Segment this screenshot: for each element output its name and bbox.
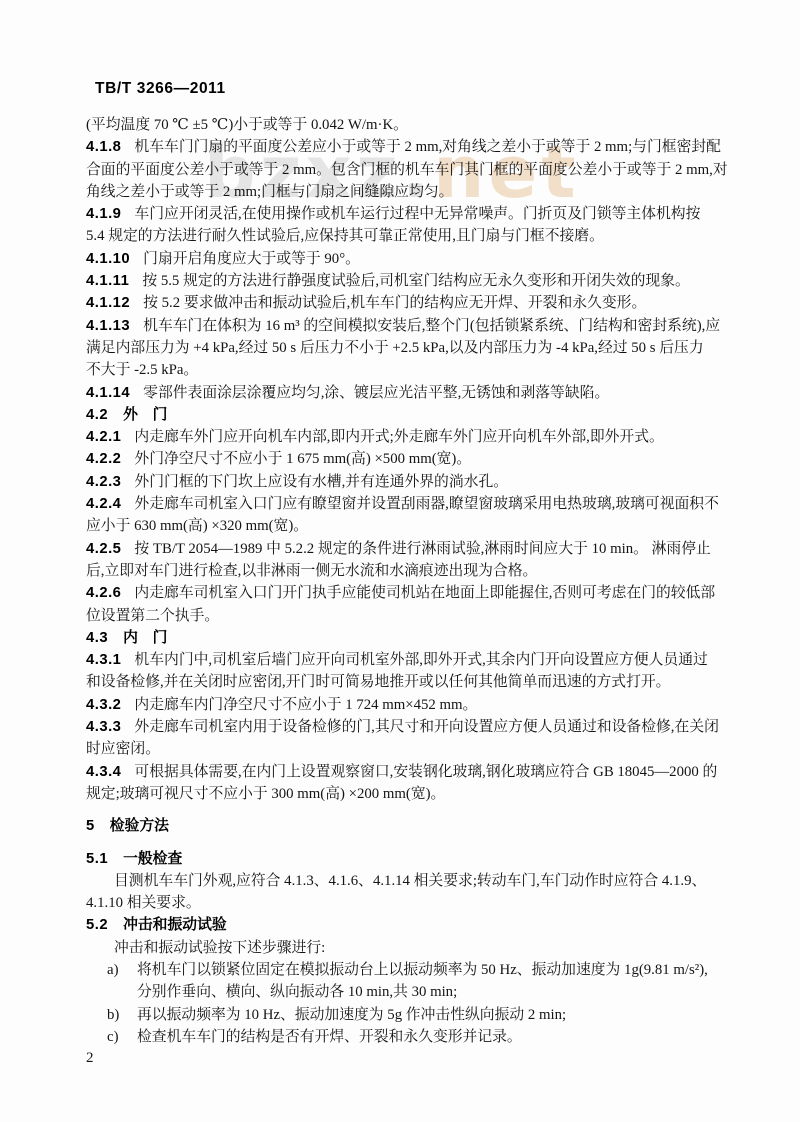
list-item: a)将机车门以锁紧位固定在模拟振动台上以振动频率为 50 Hz、振动加速度为 1… <box>86 959 748 981</box>
clause-number: 5.2 <box>86 917 108 933</box>
clause-line: 4.2.6内走廊车司机室入口门开门执手应能使司机站在地面上即能握住,否则可考虑在… <box>86 582 748 604</box>
line-text: 应小于 630 mm(高) ×320 mm(宽)。 <box>86 518 308 534</box>
list-marker: c) <box>107 1026 137 1048</box>
line-text: 按 5.2 要求做冲击和振动试验后,机车车门的结构应无开焊、开裂和永久变形。 <box>143 295 646 311</box>
line-text: 4.1.10 相关要求。 <box>86 895 201 911</box>
line-text: 冲击和振动试验按下述步骤进行: <box>114 940 325 956</box>
text-line: 满足内部压力为 +4 kPa,经过 50 s 后压力不小于 +2.5 kPa,以… <box>86 337 748 359</box>
line-text: 外 门 <box>123 407 167 423</box>
clause-number: 4.2.5 <box>86 541 121 557</box>
line-text: 角线之差小于或等于 2 mm;门框与门扇之间缝隙应均匀。 <box>86 184 453 200</box>
line-text: 规定;玻璃可视尺寸不应小于 300 mm(高) ×200 mm(宽)。 <box>86 786 445 802</box>
clause-line: 4.1.14零部件表面涂层涂覆应均匀,涂、镀层应光洁平整,无锈蚀和剥落等缺陷。 <box>86 382 748 404</box>
line-text: 门扇开启角度应大于或等于 90°。 <box>143 251 360 267</box>
clause-line: 4.1.9车门应开闭灵活,在使用操作或机车运行过程中无异常噪声。门折页及门锁等主… <box>86 203 748 225</box>
page-number: 2 <box>86 1047 94 1069</box>
line-text: 外门净空尺寸不应小于 1 675 mm(高) ×500 mm(宽)。 <box>134 451 471 467</box>
line-text: 再以振动频率为 10 Hz、振动加速度为 5g 作冲击性纵向振动 2 min; <box>137 1007 566 1023</box>
paragraph-line: 目测机车车门外观,应符合 4.1.3、4.1.6、4.1.14 相关要求;转动车… <box>86 870 748 892</box>
list-item-continuation: 分别作垂向、横向、纵向振动各 10 min,共 30 min; <box>86 981 748 1003</box>
clause-line: 4.3.3外走廊车司机室内用于设备检修的门,其尺寸和开向设置应方便人员通过和设备… <box>86 716 748 738</box>
line-text: 满足内部压力为 +4 kPa,经过 50 s 后压力不小于 +2.5 kPa,以… <box>86 340 704 356</box>
line-text: 不大于 -2.5 kPa。 <box>86 362 198 378</box>
clause-line: 4.3.1机车内门中,司机室后墙门应开向司机室外部,即外开式,其余内门开向设置应… <box>86 649 748 671</box>
line-text: 将机车门以锁紧位固定在模拟振动台上以振动频率为 50 Hz、振动加速度为 1g(… <box>137 962 708 978</box>
text-line: (平均温度 70 ℃ ±5 ℃)小于或等于 0.042 W/m·K。 <box>86 114 748 136</box>
clause-line: 4.1.12按 5.2 要求做冲击和振动试验后,机车车门的结构应无开焊、开裂和永… <box>86 292 748 314</box>
line-text: 按 TB/T 2054—1989 中 5.2.2 规定的条件进行淋雨试验,淋雨时… <box>134 541 710 557</box>
line-text: 内 门 <box>123 630 167 646</box>
clause-number: 4.3.1 <box>86 652 121 668</box>
text-line: 不大于 -2.5 kPa。 <box>86 359 748 381</box>
clause-number: 4.2.3 <box>86 474 121 490</box>
text-line: 4.1.10 相关要求。 <box>86 892 748 914</box>
line-text: (平均温度 70 ℃ ±5 ℃)小于或等于 0.042 W/m·K。 <box>86 117 408 133</box>
text-line: 时应密闭。 <box>86 738 748 760</box>
clause-number: 4.1.9 <box>86 206 121 222</box>
clause-number: 4.2 <box>86 407 108 423</box>
clause-line: 4.2.1内走廊车外门应开向机车内部,即内开式;外走廊车外门应开向机车外部,即外… <box>86 426 748 448</box>
clause-number: 4.1.11 <box>86 273 129 289</box>
line-text: 机车内门中,司机室后墙门应开向司机室外部,即外开式,其余内门开向设置应方便人员通… <box>134 652 707 668</box>
line-text: 外走廊车司机室内用于设备检修的门,其尺寸和开向设置应方便人员通过和设备检修,在关… <box>134 719 718 735</box>
clause-line: 4.1.8机车车门门扇的平面度公差应小于或等于 2 mm,对角线之差小于或等于 … <box>86 136 748 158</box>
clause-number: 4.2.4 <box>86 496 121 512</box>
clause-number: 4.3.4 <box>86 764 121 780</box>
clause-number: 4.3.3 <box>86 719 121 735</box>
clause-number: 4.2.1 <box>86 429 121 445</box>
clause-line: 4.3.4可根据具体需要,在内门上设置观察窗口,安装钢化玻璃,钢化玻璃应符合 G… <box>86 761 748 783</box>
clause-number: 5.1 <box>86 851 108 867</box>
clause-number: 4.1.8 <box>86 139 121 155</box>
clause-number: 4.1.13 <box>86 318 130 334</box>
line-text: 检查机车车门的结构是否有开焊、开裂和永久变形并记录。 <box>137 1029 522 1045</box>
line-text: 机车车门在体积为 16 m³ 的空间模拟安装后,整个门(包括锁紧系统、门结构和密… <box>143 318 720 334</box>
section-heading: 4.2外 门 <box>86 404 748 426</box>
clause-number: 4.2.2 <box>86 451 121 467</box>
list-item: c)检查机车车门的结构是否有开焊、开裂和永久变形并记录。 <box>86 1026 748 1048</box>
text-line: 合面的平面度公差小于或等于 2 mm。包含门框的机车车门其门框的平面度公差小于或… <box>86 159 748 181</box>
list-marker: a) <box>107 959 137 981</box>
clause-number: 4.1.14 <box>86 385 130 401</box>
clause-number: 4.1.12 <box>86 295 130 311</box>
document-body: (平均温度 70 ℃ ±5 ℃)小于或等于 0.042 W/m·K。4.1.8机… <box>86 114 748 1048</box>
line-text: 一般检查 <box>123 851 182 867</box>
clause-line: 4.3.2内走廊车内门净空尺寸不应小于 1 724 mm×452 mm。 <box>86 694 748 716</box>
line-text: 5.4 规定的方法进行耐久性试验后,应保持其可靠正常使用,且门扇与门框不接磨。 <box>86 228 604 244</box>
line-text: 位设置第二个执手。 <box>86 608 219 624</box>
line-text: 和设备检修,并在关闭时应密闭,开门时可简易地推开或以任何其他简单而迅速的方式打开… <box>86 674 670 690</box>
section-heading: 4.3内 门 <box>86 627 748 649</box>
line-text: 内走廊车司机室入口门开门执手应能使司机站在地面上即能握住,否则可考虑在门的较低部 <box>134 585 715 601</box>
clause-line: 4.1.11按 5.5 规定的方法进行静强度试验后,司机室门结构应无永久变形和开… <box>86 270 748 292</box>
clause-line: 4.1.13机车车门在体积为 16 m³ 的空间模拟安装后,整个门(包括锁紧系统… <box>86 315 748 337</box>
line-text: 可根据具体需要,在内门上设置观察窗口,安装钢化玻璃,钢化玻璃应符合 GB 180… <box>134 764 717 780</box>
list-item: b)再以振动频率为 10 Hz、振动加速度为 5g 作冲击性纵向振动 2 min… <box>86 1004 748 1026</box>
clause-number: 5 <box>86 818 95 834</box>
clause-number: 4.3 <box>86 630 108 646</box>
text-line: 位设置第二个执手。 <box>86 605 748 627</box>
text-line: 应小于 630 mm(高) ×320 mm(宽)。 <box>86 515 748 537</box>
line-text: 分别作垂向、横向、纵向振动各 10 min,共 30 min; <box>137 984 457 1000</box>
clause-line: 4.2.3外门门框的下门坎上应设有水槽,并有连通外界的淌水孔。 <box>86 471 748 493</box>
line-text: 按 5.5 规定的方法进行静强度试验后,司机室门结构应无永久变形和开闭失效的现象… <box>142 273 690 289</box>
line-text: 车门应开闭灵活,在使用操作或机车运行过程中无异常噪声。门折页及门锁等主体机构按 <box>134 206 700 222</box>
text-line: 规定;玻璃可视尺寸不应小于 300 mm(高) ×200 mm(宽)。 <box>86 783 748 805</box>
clause-number: 4.1.10 <box>86 251 130 267</box>
section-heading: 5.2冲击和振动试验 <box>86 914 748 936</box>
clause-line: 4.2.2外门净空尺寸不应小于 1 675 mm(高) ×500 mm(宽)。 <box>86 448 748 470</box>
text-line: 5.4 规定的方法进行耐久性试验后,应保持其可靠正常使用,且门扇与门框不接磨。 <box>86 225 748 247</box>
document-code: TB/T 3266—2011 <box>95 80 226 98</box>
clause-line: 4.2.5按 TB/T 2054—1989 中 5.2.2 规定的条件进行淋雨试… <box>86 538 748 560</box>
line-text: 目测机车车门外观,应符合 4.1.3、4.1.6、4.1.14 相关要求;转动车… <box>114 873 706 889</box>
line-text: 外走廊车司机室入口门应有瞭望窗并设置刮雨器,瞭望窗玻璃采用电热玻璃,玻璃可视面积… <box>134 496 718 512</box>
line-text: 零部件表面涂层涂覆应均匀,涂、镀层应光洁平整,无锈蚀和剥落等缺陷。 <box>143 385 609 401</box>
line-text: 时应密闭。 <box>86 741 160 757</box>
clause-line: 4.1.10门扇开启角度应大于或等于 90°。 <box>86 248 748 270</box>
text-line: 角线之差小于或等于 2 mm;门框与门扇之间缝隙应均匀。 <box>86 181 748 203</box>
section-heading: 5检验方法 <box>86 815 748 837</box>
paragraph-line: 冲击和振动试验按下述步骤进行: <box>86 937 748 959</box>
line-text: 合面的平面度公差小于或等于 2 mm。包含门框的机车车门其门框的平面度公差小于或… <box>86 162 728 178</box>
clause-line: 4.2.4外走廊车司机室入口门应有瞭望窗并设置刮雨器,瞭望窗玻璃采用电热玻璃,玻… <box>86 493 748 515</box>
clause-number: 4.3.2 <box>86 697 121 713</box>
line-text: 检验方法 <box>110 818 169 834</box>
line-text: 冲击和振动试验 <box>123 917 227 933</box>
line-text: 内走廊车外门应开向机车内部,即内开式;外走廊车外门应开向机车外部,即外开式。 <box>134 429 663 445</box>
clause-number: 4.2.6 <box>86 585 121 601</box>
line-text: 后,立即对车门进行检查,以非淋雨一侧无水流和水滴痕迹出现为合格。 <box>86 563 537 579</box>
line-text: 机车车门门扇的平面度公差应小于或等于 2 mm,对角线之差小于或等于 2 mm;… <box>134 139 721 155</box>
list-marker: b) <box>107 1004 137 1026</box>
section-heading: 5.1一般检查 <box>86 848 748 870</box>
line-text: 外门门框的下门坎上应设有水槽,并有连通外界的淌水孔。 <box>134 474 508 490</box>
text-line: 后,立即对车门进行检查,以非淋雨一侧无水流和水滴痕迹出现为合格。 <box>86 560 748 582</box>
document-page: bzxz.net TB/T 3266—2011 (平均温度 70 ℃ ±5 ℃)… <box>0 0 800 1122</box>
text-line: 和设备检修,并在关闭时应密闭,开门时可简易地推开或以任何其他简单而迅速的方式打开… <box>86 671 748 693</box>
line-text: 内走廊车内门净空尺寸不应小于 1 724 mm×452 mm。 <box>134 697 477 713</box>
